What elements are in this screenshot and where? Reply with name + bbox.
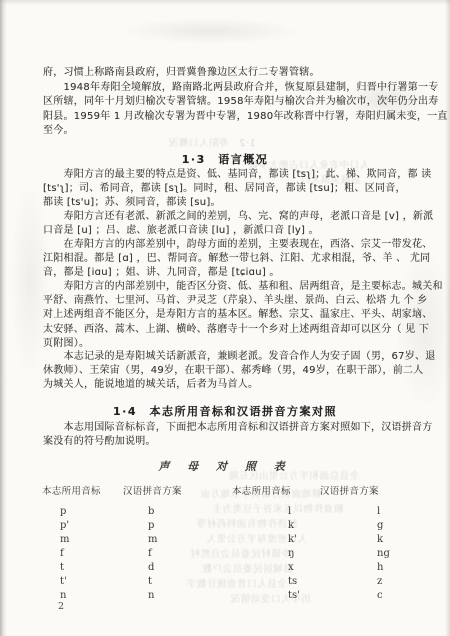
table-row: t'ttsz [42,576,402,590]
text-line: 区所辖，同年十月划归榆次专署管辖。1958年寿阳与榆次合并为榆次市，次年仍分出寿 [43,95,420,110]
history-paragraph: 府，习惯上称路南县政府，归晋冀鲁豫边区太行二专署管辖。 1948年寿阳全境解放，… [43,66,420,139]
paragraph-homophones: 寿阳方言的最主要的特点是资、低、基同音，都读 [tsʅ]；此、梯、欺同音，都 读… [43,168,420,211]
paragraph-old-new-accents: 寿阳方言还有老派、新派之间的差别，乌、完、窝的声母，老派口音是 [v] ，新派口… [43,210,420,238]
table-cell: x [288,562,294,573]
text-line: 寿阳方言的最主要的特点是资、低、基同音，都读 [tsʅ]；此、梯、欺同音，都 读 [43,168,420,182]
table-header: 汉语拼音方案 [320,483,379,497]
paragraph-dialect-regions: 寿阳方言的内部差别中，能否区分资、低、基和租、居两组音，是主要标志。城关和平舒、… [43,280,420,351]
table-cell: z [377,576,382,587]
table-cell: f [148,548,152,559]
table-cell: b [148,506,154,517]
table-cell: n [60,590,66,601]
table-header: 本志所用音标 [232,483,291,497]
table-cell: p' [60,520,69,531]
text-line: 口音是 [u] ；吕、虑、旅老派口音读 [lu] ，新派口音 [ly] 。 [43,224,420,238]
table-cell: k [288,520,294,531]
scan-edge-shadow-left [0,0,7,636]
table-cell: m [60,534,69,545]
table-cell: ts [288,576,297,587]
paragraph-internal-rhyme-differences: 在寿阳方言的内部差别中，韵母方面的差别，主要表现在，西洛、宗艾一带发花、江阳相混… [43,238,420,281]
table-row: tdxh [42,562,402,576]
scan-edge-shadow-top [0,0,450,5]
paragraph-informants: 本志记录的是寿阳城关话新派音，兼顾老派。发音合作人为安子固（男，67岁、退休教师… [43,350,420,393]
table-cell: n [148,590,154,601]
table-cell: p [60,506,66,517]
table-cell: d [148,562,154,573]
table-cell: g [377,520,383,531]
table-cell: ng [377,548,390,559]
table-row: p'pkg [42,520,402,534]
section-heading-1-3: 1·3 语言概况 [0,151,450,167]
table-cell: ts' [288,590,300,601]
scanned-document-page: 1·2 寿阳人口概况人口中农业人口占绝大多数县城关镇人口全县总面积平方公里山区丘… [0,0,450,636]
table-header: 本志所用音标 [42,483,101,497]
text-line: [ts'ʅ]；司、希同音，都读 [sʅ]。同时，租、居同音，都读 [tsu]；粗… [43,182,420,196]
table-cell: m [148,534,157,545]
text-line: 江阳相混。都是 [ɑ] ，巴、帮同音。解愁一带乜斜、江阳、尤求相混，爷、羊 、 … [43,252,420,266]
text-line: 都读 [ts'u]；苏、须同音，都读 [su]。 [43,196,420,210]
table-cell: t' [60,576,67,587]
text-line: 本志用国际音标标音，下面把本志所用音标和汉语拼音方案对照如下，汉语拼音方 [43,421,420,435]
table-cell: l [288,506,291,517]
scan-smudge [120,18,300,44]
table-cell: ŋ [288,548,294,559]
text-line: 阳县。1959年 1 月改榆次专署为晋中专署，1980年改称晋中行署，寿阳归属未… [43,110,420,125]
text-line: 平舒、南燕竹、七里河、马首、尹灵芝（芹泉）、羊头崖、景尚、白云、松塔 九 个 乡 [43,294,420,308]
text-line: 寿阳方言还有老派、新派之间的差别，乌、完、窝的声母，老派口音是 [v] ，新派 [43,210,420,224]
initials-table-title: 声 母 对 照 表 [0,458,450,474]
text-line: 音，都是 [iɑu] ；姐、讲、九同音，都是 [tɕiɑu] 。 [43,266,420,280]
text-line: 在寿阳方言的内部差别中，韵母方面的差别，主要表现在，西洛、宗艾一带发花、 [43,238,420,252]
table-row: pbll [42,506,402,520]
table-cell: f [60,548,64,559]
table-cell: c [377,590,383,601]
text-line: 本志记录的是寿阳城关话新派音，兼顾老派。发音合作人为安子固（男，67岁、退 [43,350,420,364]
text-line: 1948年寿阳全境解放，路南路北两县政府合并，恢复原县建制，归晋中行署第一专 [43,81,420,96]
table-cell: h [377,562,383,573]
table-row: ffŋng [42,548,402,562]
text-line: 为城关人，能说地道的城关话，后者为马首人。 [43,378,420,392]
paragraph-ipa-intro: 本志用国际音标标音，下面把本志所用音标和汉语拼音方案对照如下，汉语拼音方案没有的… [43,421,420,449]
table-body: pbllp'pkgmmk'kffŋngtdxht'ttsznnts'c [42,506,402,604]
table-cell: p [148,520,154,531]
text-line: 案没有的符号酌加说明。 [43,435,420,449]
table-header: 汉语拼音方案 [123,483,182,497]
table-row: nnts'c [42,590,402,604]
page-number: 2 [58,601,64,612]
text-line: 寿阳方言的内部差别中，能否区分资、低、基和租、居两组音，是主要标志。城关和 [43,280,420,294]
text-line: 页附图）。 [43,337,420,351]
text-line: 对上述两组音不能区分，是寿阳方言的基本区。解愁、宗艾、温家庄、平头、胡家垴、 [43,308,420,322]
table-cell: t [60,562,64,573]
table-cell: t [148,576,152,587]
table-row: mmk'k [42,534,402,548]
table-cell: l [377,506,380,517]
scan-edge-shadow-right [445,0,450,636]
text-line: 至今。 [43,124,420,139]
table-cell: k' [288,534,297,545]
text-line: 休教师）、王荣宙（男，49岁，在职干部）、郝秀峰（男，49岁，在职干部），前二人 [43,364,420,378]
initials-comparison-table: 本志所用音标 汉语拼音方案 本志所用音标 汉语拼音方案 pbllp'pkgmmk… [42,483,402,604]
table-cell: k [377,534,383,545]
text-line: 太安驿、西洛、蒿木、上湖、横岭、落磨寺十一个乡对上述两组音却可以区分（ 见 下 [43,323,420,337]
section-heading-1-4: 1·4 本志所用音标和汉语拼音方案对照 [0,403,450,419]
text-line: 府，习惯上称路南县政府，归晋冀鲁豫边区太行二专署管辖。 [43,66,420,81]
table-header-row: 本志所用音标 汉语拼音方案 本志所用音标 汉语拼音方案 [42,483,402,499]
